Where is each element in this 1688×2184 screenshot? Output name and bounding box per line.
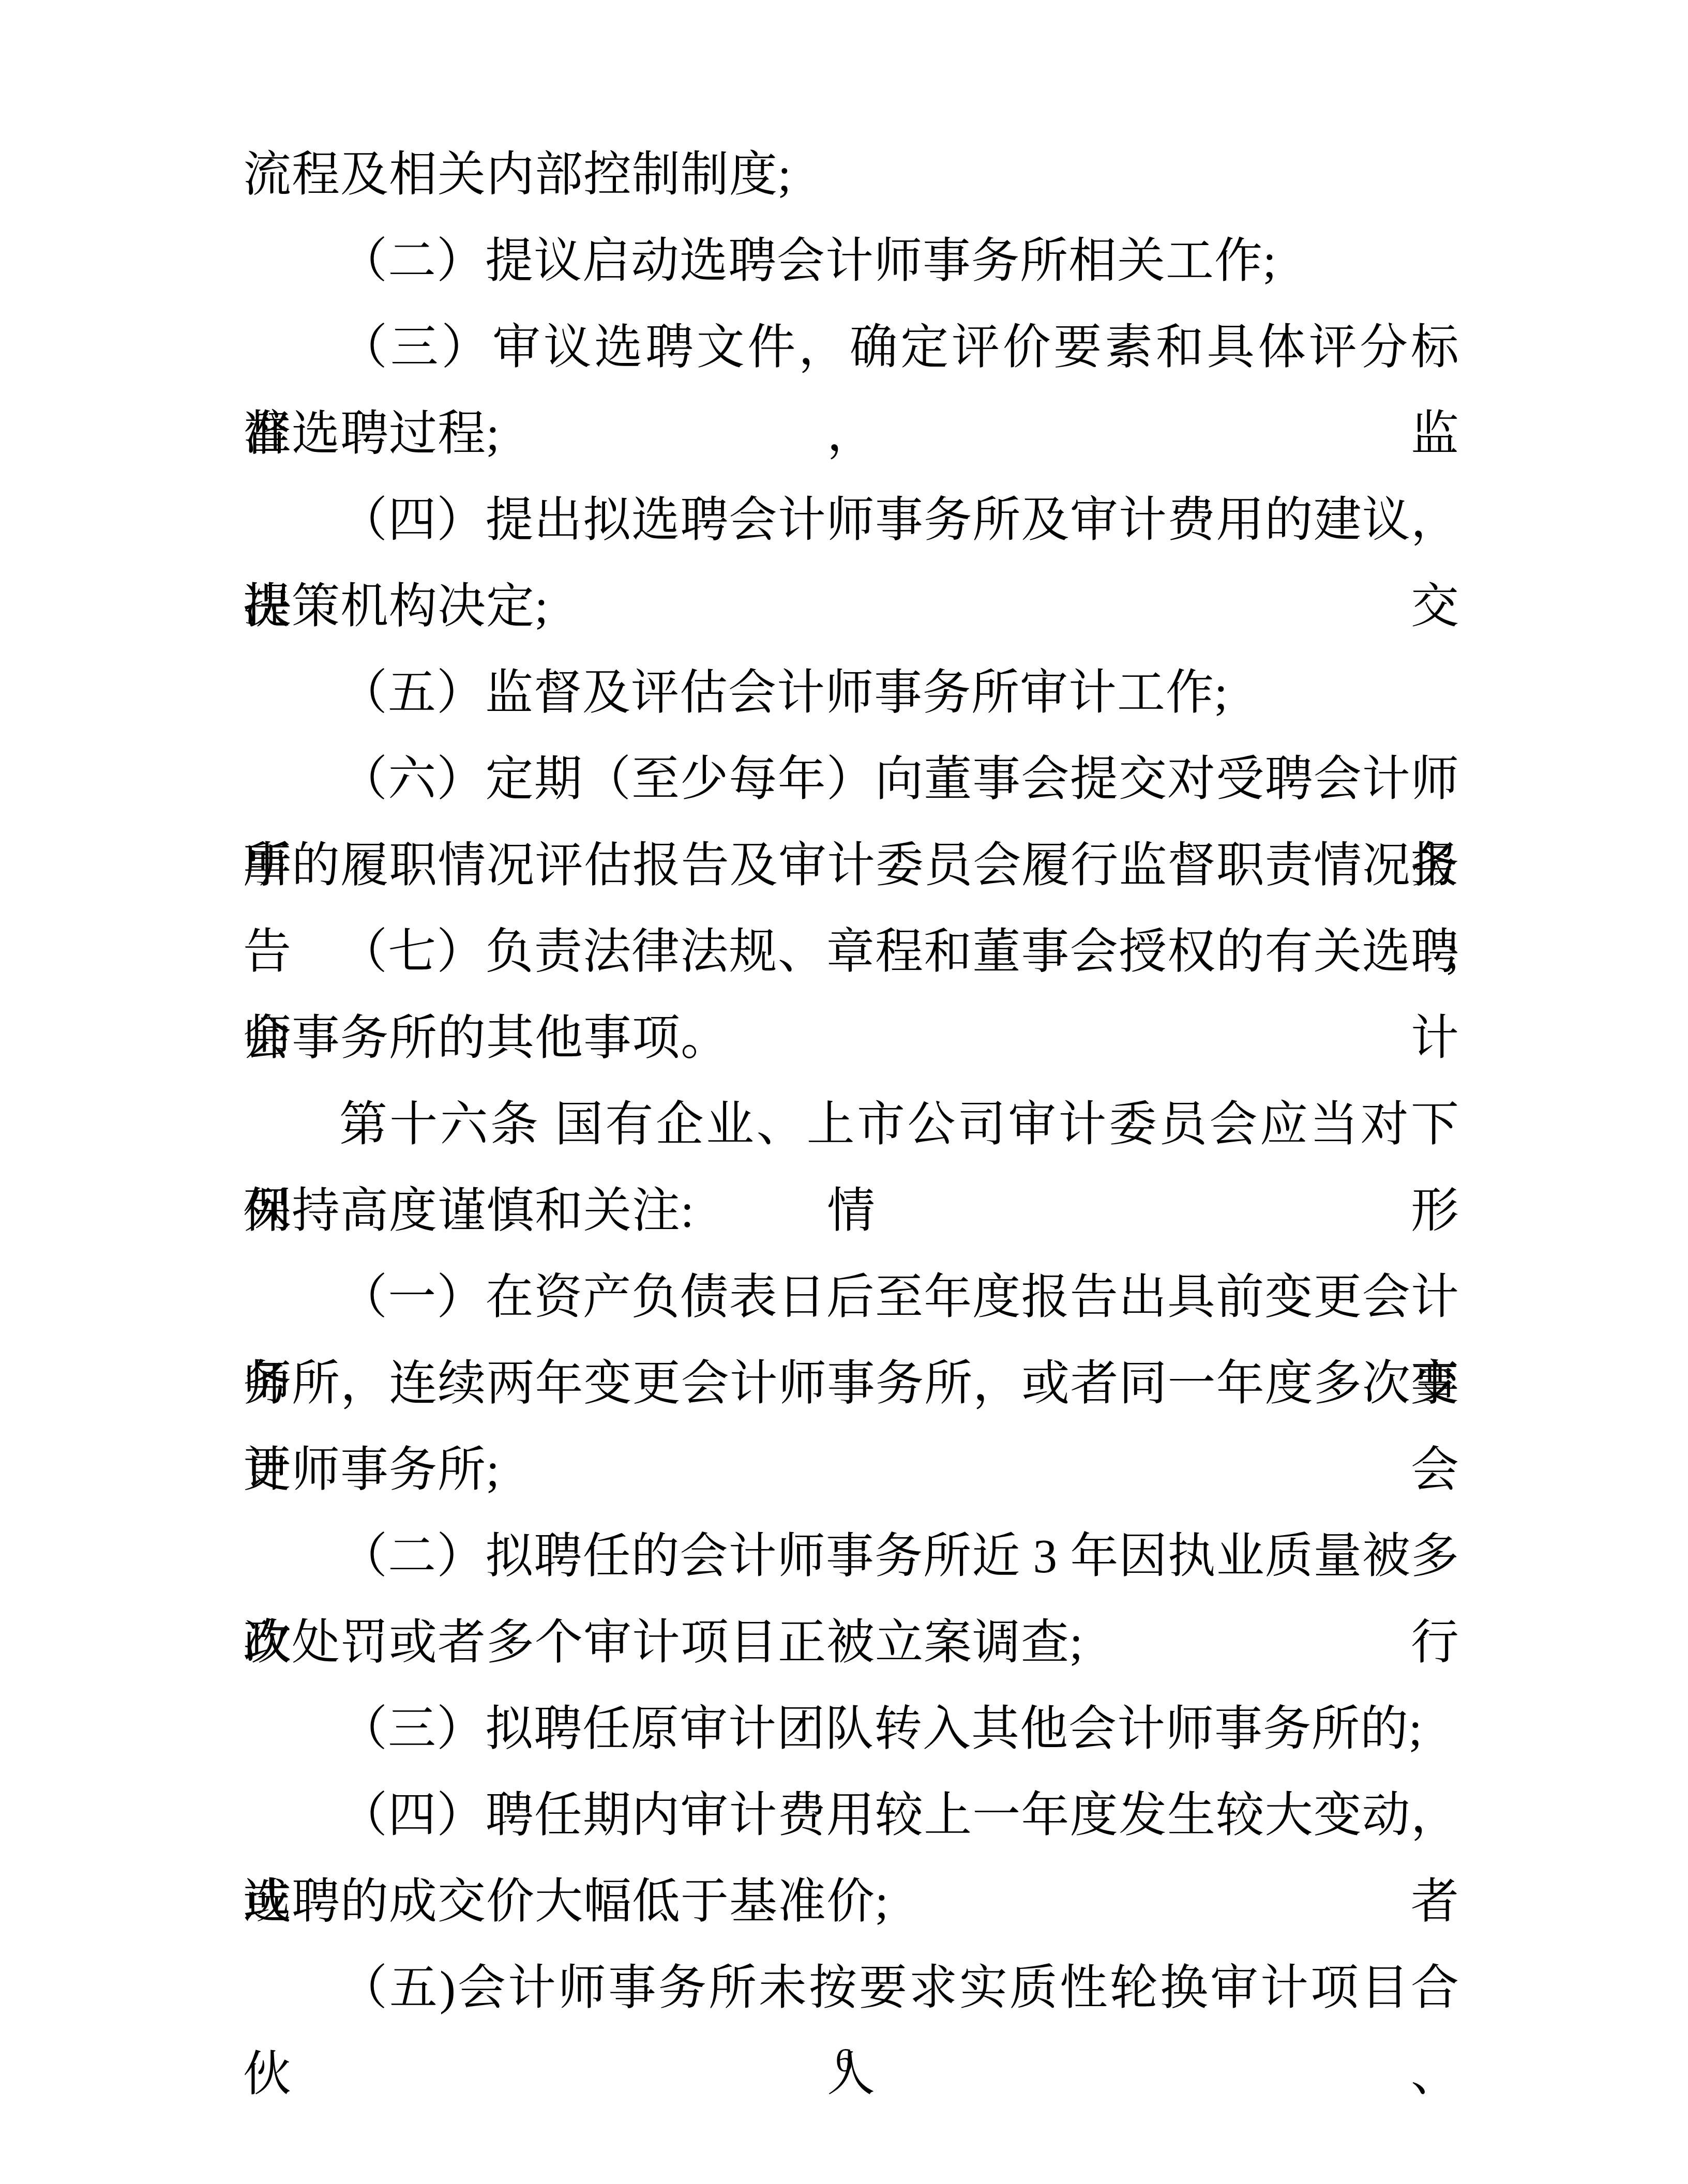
text-line: （四）聘任期内审计费用较上一年度发生较大变动，或者 — [243, 1772, 1459, 1859]
page-number: 6 — [0, 2032, 1688, 2089]
text-line: （三）拟聘任原审计团队转入其他会计师事务所的; — [243, 1686, 1459, 1772]
text-line: （二）拟聘任的会计师事务所近 3 年因执业质量被多次行 — [243, 1513, 1459, 1600]
text-line: （四）提出拟选聘会计师事务所及审计费用的建议，提交 — [243, 477, 1459, 564]
document-page: 流程及相关内部控制制度;（二）提议启动选聘会计师事务所相关工作;（三）审议选聘文… — [0, 0, 1688, 2184]
text-line: （一）在资产负债表日后至年度报告出具前变更会计师事 — [243, 1254, 1459, 1341]
text-line: （三）审议选聘文件，确定评价要素和具体评分标准，监 — [243, 305, 1459, 391]
text-line: （七）负责法律法规、章程和董事会授权的有关选聘会计 — [243, 909, 1459, 995]
text-line: 第十六条 国有企业、上市公司审计委员会应当对下列情形 — [243, 1082, 1459, 1168]
text-line: （五)会计师事务所未按要求实质性轮换审计项目合伙人、 — [243, 1945, 1459, 2031]
text-line: 务所，连续两年变更会计师事务所，或者同一年度多次变更会 — [243, 1341, 1459, 1427]
text-line: （二）提议启动选聘会计师事务所相关工作; — [243, 218, 1459, 305]
text-line: 所的履职情况评估报告及审计委员会履行监督职责情况报告; — [243, 823, 1459, 909]
text-block: 流程及相关内部控制制度;（二）提议启动选聘会计师事务所相关工作;（三）审议选聘文… — [243, 132, 1459, 2031]
text-line: 流程及相关内部控制制度; — [243, 132, 1459, 218]
text-line: （五）监督及评估会计师事务所审计工作; — [243, 650, 1459, 736]
text-line: （六）定期（至少每年）向董事会提交对受聘会计师事务 — [243, 736, 1459, 823]
